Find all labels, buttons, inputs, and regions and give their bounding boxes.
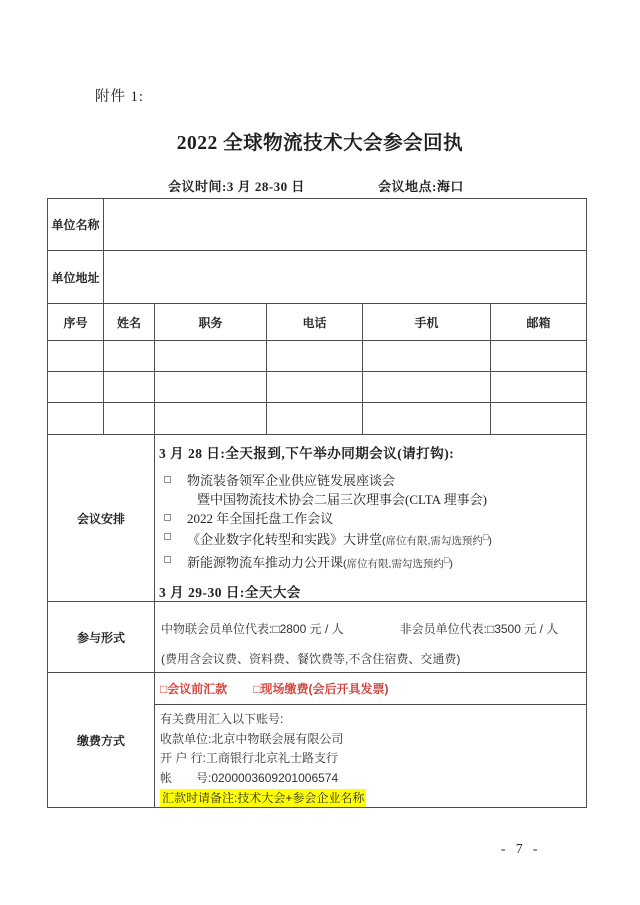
table-cell-empty	[48, 372, 104, 403]
table-cell-empty	[363, 372, 491, 403]
payment-label: 缴费方式	[48, 673, 155, 808]
unit-name-row: 单位名称	[48, 199, 587, 251]
column-header-index: 序号	[48, 304, 104, 341]
participation-row: 参与形式 中物联会员单位代表:□2800 元 / 人非会员单位代表:□3500 …	[48, 602, 587, 673]
meeting-time: 会议时间:3 月 28-30 日	[168, 176, 305, 195]
session-item-title: 《企业数字化转型和实践》大讲堂	[187, 532, 382, 547]
session-item: 新能源物流车推动力公开课(席位有限,需勾选预约□)	[159, 551, 582, 574]
document-page: 附件 1: 2022 全球物流技术大会参会回执 会议时间:3 月 28-30 日…	[0, 0, 640, 905]
remark-highlight: 汇款时请备注:技术大会+参会企业名称	[160, 789, 366, 807]
page-number: - 7 -	[501, 841, 539, 857]
payment-account-cell: 有关费用汇入以下账号: 收款单位:北京中物联会展有限公司 开 户 行:工商银行北…	[155, 705, 587, 808]
session-item-subline: 暨中国物流技术协会二届三次理事会(CLTA 理事会)	[197, 490, 582, 509]
table-cell-empty	[267, 341, 363, 372]
schedule-label: 会议安排	[48, 435, 155, 602]
column-header-title: 职务	[155, 304, 267, 341]
session-item-label: 新能源物流车推动力公开课(席位有限,需勾选预约□)	[187, 551, 453, 574]
attendee-row	[48, 403, 587, 435]
unit-address-label: 单位地址	[48, 251, 104, 304]
unit-address-row: 单位地址	[48, 251, 587, 304]
unit-name-input-cell	[104, 199, 587, 251]
table-cell-empty	[155, 403, 267, 435]
account-intro: 有关费用汇入以下账号:	[160, 710, 582, 730]
table-cell-empty	[155, 341, 267, 372]
column-header-email: 邮箱	[491, 304, 587, 341]
table-cell-empty	[491, 341, 587, 372]
table-cell-empty	[491, 372, 587, 403]
participation-content: 中物联会员单位代表:□2800 元 / 人非会员单位代表:□3500 元 / 人…	[155, 602, 587, 673]
payment-option-onsite: □现场缴费(会后开具发票)	[253, 682, 388, 696]
payment-options-cell: □会议前汇款□现场缴费(会后开具发票)	[155, 673, 587, 705]
checkbox-icon	[164, 476, 171, 483]
participation-label: 参与形式	[48, 602, 155, 673]
table-cell-empty	[48, 341, 104, 372]
schedule-content: 3 月 28 日:全天报到,下午举办同期会议(请打钩): 物流装备领军企业供应链…	[155, 435, 587, 602]
session-item-label: 2022 年全国托盘工作会议	[187, 509, 333, 528]
attendee-row	[48, 372, 587, 403]
table-cell-empty	[491, 403, 587, 435]
day1-heading: 3 月 28 日:全天报到,下午举办同期会议(请打钩):	[159, 442, 582, 462]
seat-note: (席位有限,需勾选预约□)	[343, 558, 453, 570]
bank-line: 开 户 行:工商银行北京礼士路支行	[160, 749, 582, 769]
table-cell-empty	[104, 341, 155, 372]
schedule-row: 会议安排 3 月 28 日:全天报到,下午举办同期会议(请打钩): 物流装备领军…	[48, 435, 587, 602]
unit-address-input-cell	[104, 251, 587, 304]
table-cell-empty	[155, 372, 267, 403]
table-cell-empty	[363, 403, 491, 435]
document-title: 2022 全球物流技术大会参会回执	[0, 127, 640, 155]
checkbox-icon	[164, 556, 171, 563]
unit-name-label: 单位名称	[48, 199, 104, 251]
attachment-label: 附件 1:	[95, 85, 144, 106]
seat-note: (席位有限,需勾选预约□)	[382, 535, 492, 547]
payment-option-prepay: □会议前汇款	[160, 682, 227, 696]
attendee-row	[48, 341, 587, 372]
checkbox-icon	[164, 514, 171, 521]
member-fee: 中物联会员单位代表:□2800 元 / 人	[161, 622, 344, 636]
non-member-fee: 非会员单位代表:□3500 元 / 人	[400, 622, 559, 636]
table-cell-empty	[104, 403, 155, 435]
payee-line: 收款单位:北京中物联会展有限公司	[160, 730, 582, 750]
column-header-mobile: 手机	[363, 304, 491, 341]
table-cell-empty	[104, 372, 155, 403]
table-cell-empty	[363, 341, 491, 372]
account-line: 帐 号:0200003609201006574	[160, 769, 582, 789]
session-item: 《企业数字化转型和实践》大讲堂(席位有限,需勾选预约□)	[159, 528, 582, 551]
session-item-title: 新能源物流车推动力公开课	[187, 555, 343, 570]
table-cell-empty	[267, 372, 363, 403]
fee-note: (费用含会议费、资料费、餐饮费等,不含住宿费、交通费)	[161, 650, 582, 667]
table-cell-empty	[48, 403, 104, 435]
meeting-location: 会议地点:海口	[378, 176, 464, 195]
table-cell-empty	[267, 403, 363, 435]
column-header-name: 姓名	[104, 304, 155, 341]
session-item: 2022 年全国托盘工作会议	[159, 509, 582, 528]
column-header-phone: 电话	[267, 304, 363, 341]
payment-options: □会议前汇款□现场缴费(会后开具发票)	[160, 680, 586, 697]
session-item-label: 《企业数字化转型和实践》大讲堂(席位有限,需勾选预约□)	[187, 528, 492, 551]
registration-table: 单位名称 单位地址 序号 姓名 职务 电话 手机 邮箱	[47, 198, 587, 808]
attendee-header-row: 序号 姓名 职务 电话 手机 邮箱	[48, 304, 587, 341]
checkbox-icon	[164, 533, 171, 540]
payment-options-row: 缴费方式 □会议前汇款□现场缴费(会后开具发票)	[48, 673, 587, 705]
day2-heading: 3 月 29-30 日:全天大会	[159, 581, 582, 601]
fee-line: 中物联会员单位代表:□2800 元 / 人非会员单位代表:□3500 元 / 人	[161, 620, 582, 637]
session-item-label: 物流装备领军企业供应链发展座谈会	[187, 471, 395, 490]
session-item: 物流装备领军企业供应链发展座谈会	[159, 471, 582, 490]
